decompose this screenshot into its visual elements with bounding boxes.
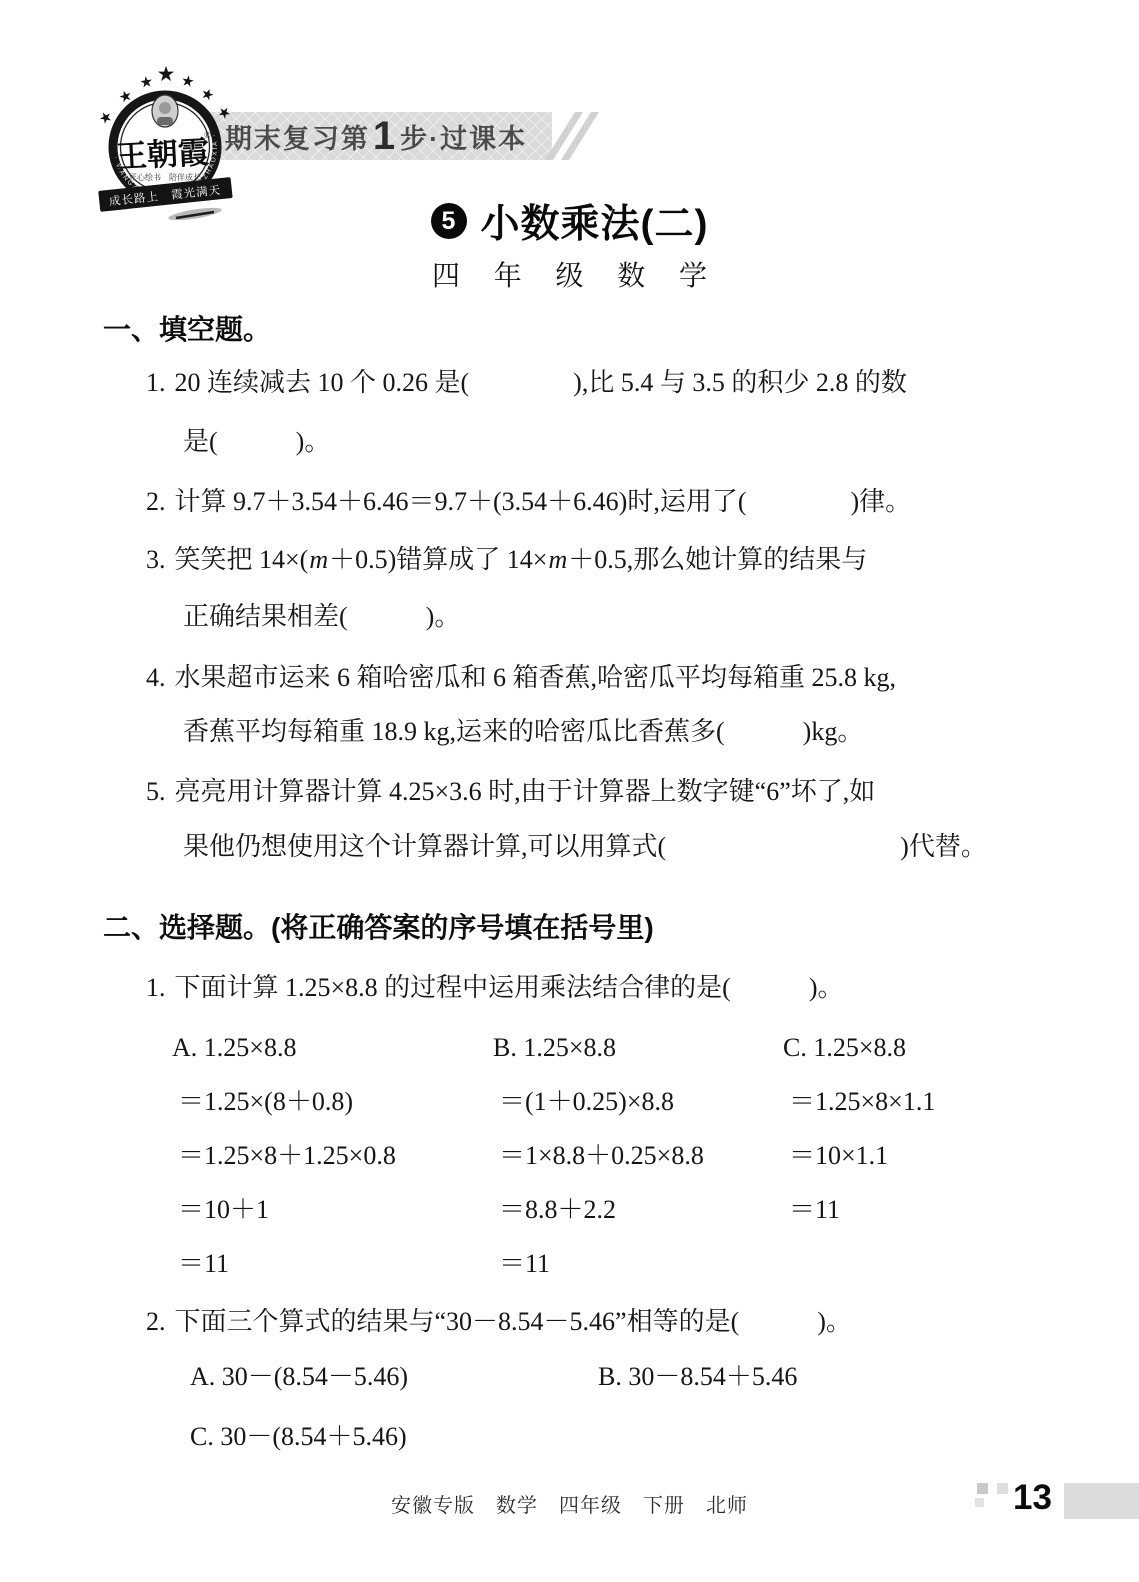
footer-square-decoration [997, 1483, 1008, 1494]
s1-q5-line1: 5.亮亮用计算器计算 4.25×3.6 时,由于计算器上数字键“6”坏了,如 [146, 773, 875, 811]
s2-q2-option-a: A. 30－(8.54－5.46) [190, 1358, 408, 1396]
svg-text:★: ★ [157, 62, 176, 86]
question-text: ＋0.5)错算成了 14× [329, 545, 547, 574]
work-line: ＝10×1.1 [783, 1129, 935, 1183]
work-line: ＝1.25×(8＋0.8) [172, 1075, 396, 1129]
question-number: 3. [146, 541, 166, 579]
logo-portrait [152, 95, 178, 127]
s1-q5-line2: 果他仍想使用这个计算器计算,可以用算式( )代替。 [183, 828, 987, 866]
grade-subtitle: 四 年 级 数 学 [0, 254, 1139, 294]
footer-bar [1064, 1483, 1139, 1519]
work-line: ＝10＋1 [172, 1183, 396, 1237]
question-text: 计算 9.7＋3.54＋6.46＝9.7＋(3.54＋6.46)时,运用了( )… [175, 487, 912, 516]
question-number: 1. [146, 364, 166, 402]
ribbon-swoosh-icon [168, 205, 223, 222]
s2-q2-line1: 2.下面三个算式的结果与“30－8.54－5.46”相等的是( )。 [146, 1303, 852, 1341]
svg-text:★: ★ [95, 106, 115, 128]
banner-step-number: 1 [373, 116, 397, 156]
question-number: 2. [146, 483, 166, 521]
s1-q4-line2: 香蕉平均每箱重 18.9 kg,运来的哈密瓜比香蕉多( )kg。 [183, 713, 863, 751]
section2-heading: 二、选择题。(将正确答案的序号填在括号里) [103, 909, 654, 947]
footer-square-decoration [977, 1483, 988, 1494]
question-number: 4. [146, 659, 166, 697]
question-number: 5. [146, 773, 166, 811]
banner-suffix: 步·过课本 [400, 117, 527, 156]
question-text: 笑笑把 14×( [175, 545, 309, 574]
work-column-a: A. 1.25×8.8 ＝1.25×(8＋0.8) ＝1.25×8＋1.25×0… [172, 1021, 396, 1291]
question-text: 下面计算 1.25×8.8 的过程中运用乘法结合律的是( )。 [175, 973, 844, 1002]
work-line: C. 1.25×8.8 [783, 1021, 935, 1075]
work-line: ＝11 [493, 1237, 704, 1291]
lesson-number-badge: 5 [431, 203, 467, 239]
work-line: A. 1.25×8.8 [172, 1021, 396, 1075]
s1-q3-line1: 3.笑笑把 14×(m＋0.5)错算成了 14×m＋0.5,那么她计算的结果与 [146, 541, 867, 579]
s1-q1-line1: 1.20 连续减去 10 个 0.26 是( ),比 5.4 与 3.5 的积少… [146, 364, 907, 402]
s1-q3-line2: 正确结果相差( )。 [183, 598, 460, 636]
svg-text:★: ★ [198, 84, 217, 106]
work-line: ＝1.25×8×1.1 [783, 1075, 935, 1129]
brand-name: 王朝霞 [115, 135, 210, 175]
work-line: B. 1.25×8.8 [493, 1021, 704, 1075]
page-number: 13 [1013, 1478, 1052, 1518]
s2-q2-option-c: C. 30－(8.54＋5.46) [190, 1418, 407, 1456]
s1-q1-line2: 是( )。 [183, 423, 330, 461]
lesson-title: 小数乘法(二) [481, 193, 709, 249]
variable-m: m [308, 545, 329, 574]
question-text: ＋0.5,那么她计算的结果与 [568, 545, 867, 574]
registered-mark-icon: ® [204, 130, 211, 140]
work-line: ＝(1＋0.25)×8.8 [493, 1075, 704, 1129]
question-text: 下面三个算式的结果与“30－8.54－5.46”相等的是( )。 [175, 1307, 852, 1336]
s1-q4-line1: 4.水果超市运来 6 箱哈密瓜和 6 箱香蕉,哈密瓜平均每箱重 25.8 kg, [146, 659, 896, 697]
svg-text:★: ★ [180, 71, 196, 91]
svg-text:★: ★ [214, 102, 235, 124]
work-column-c: C. 1.25×8.8 ＝1.25×8×1.1 ＝10×1.1 ＝11 [783, 1021, 935, 1237]
section1-heading: 一、填空题。 [103, 311, 271, 349]
question-text: 亮亮用计算器计算 4.25×3.6 时,由于计算器上数字键“6”坏了,如 [175, 777, 876, 806]
svg-text:★: ★ [138, 72, 154, 92]
worksheet-page: 期末复习第 1 步·过课本 ★ ★ ★ ★ ★ ★ ★ · WANGZHAOXI… [0, 0, 1139, 1582]
brand-logo: ★ ★ ★ ★ ★ ★ ★ · WANGZHAOXIA · WANGZHAOXI… [94, 58, 272, 228]
s2-q1-line1: 1.下面计算 1.25×8.8 的过程中运用乘法结合律的是( )。 [146, 969, 843, 1007]
logo-inner-tagline: 匠心绘书 陪伴成长 [129, 172, 201, 182]
work-column-b: B. 1.25×8.8 ＝(1＋0.25)×8.8 ＝1×8.8＋0.25×8.… [493, 1021, 704, 1291]
brand-logo-graphic: ★ ★ ★ ★ ★ ★ ★ · WANGZHAOXIA · WANGZHAOXI… [94, 58, 272, 228]
variable-m: m [547, 545, 568, 574]
footer-square-decoration [975, 1498, 984, 1507]
question-number: 1. [146, 969, 166, 1007]
question-text: 20 连续减去 10 个 0.26 是( ),比 5.4 与 3.5 的积少 2… [175, 368, 907, 397]
s1-q2-line1: 2.计算 9.7＋3.54＋6.46＝9.7＋(3.54＋6.46)时,运用了(… [146, 483, 911, 521]
work-line: ＝1.25×8＋1.25×0.8 [172, 1129, 396, 1183]
work-line: ＝11 [172, 1237, 396, 1291]
question-text: 水果超市运来 6 箱哈密瓜和 6 箱香蕉,哈密瓜平均每箱重 25.8 kg, [175, 663, 897, 692]
work-line: ＝1×8.8＋0.25×8.8 [493, 1129, 704, 1183]
question-number: 2. [146, 1303, 166, 1341]
work-line: ＝11 [783, 1183, 935, 1237]
work-line: ＝8.8＋2.2 [493, 1183, 704, 1237]
footer-imprint: 安徽专版 数学 四年级 下册 北师 [0, 1489, 1139, 1518]
s2-q2-option-b: B. 30－8.54＋5.46 [598, 1358, 797, 1396]
